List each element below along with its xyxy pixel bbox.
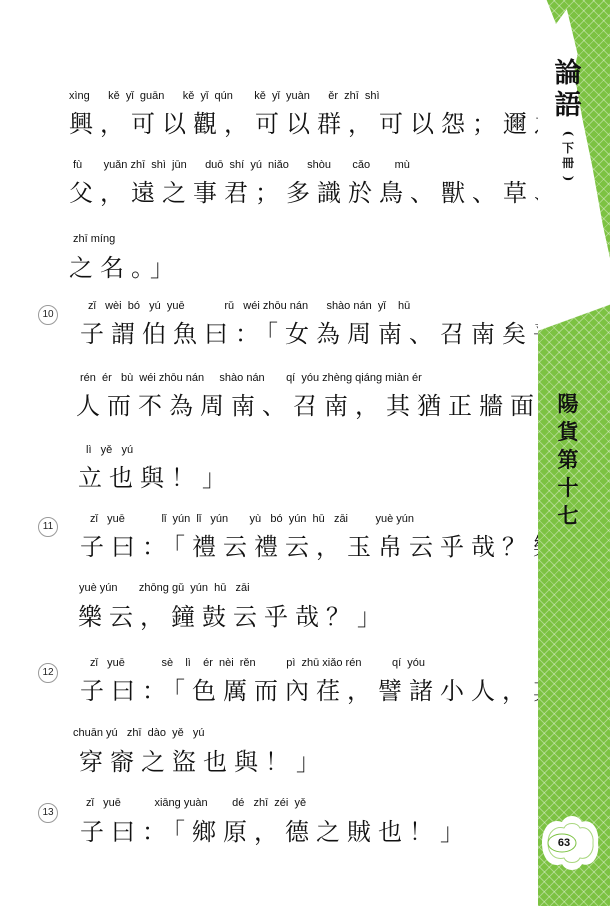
hanzi-line: 父，遠之事君；多識於鳥、獸、草、木 [69,173,596,208]
hanzi-line: 子謂伯魚曰：「女為周南、召南矣乎？ [80,314,595,349]
hanzi-line: 子曰：「色厲而內荏，譬諸小人，其猶 [80,671,595,706]
hanzi-line: 子曰：「禮云禮云，玉帛云乎哉？樂云 [80,527,595,562]
pinyin-line: rén ér bù wéi zhōu nán shào nán qí yóu z… [80,372,422,384]
verse-number-badge: 11 [38,517,58,537]
pinyin-line: zǐ yuē sè lì ér nèi rěn pì zhū xiǎo rén … [90,657,425,669]
hanzi-line: 立也與！」 [78,458,233,493]
book-title: 論 語 [548,58,588,122]
pinyin-line: zǐ wèi bó yú yuē rǔ wéi zhōu nán shào ná… [88,300,410,312]
pinyin-line: xìng kě yǐ guān kě yǐ qún kě yǐ yuàn ěr … [69,90,380,102]
verse-number-badge: 12 [38,663,58,683]
hanzi-line: 穿窬之盜也與！」 [79,742,327,777]
pinyin-line: zǐ yuē lǐ yún lǐ yún yù bó yún hū zāi yu… [90,513,414,525]
pinyin-line: fù yuǎn zhī shì jūn duō shí yú niǎo shòu… [73,159,410,171]
hanzi-line: 人而不為周南、召南，其猶正牆面而 [76,386,572,421]
chapter-title: 陽 貨 第 十 七 [554,390,582,530]
page-number: 63 [548,834,580,852]
hanzi-line: 樂云，鐘鼓云乎哉？」 [78,597,388,632]
pinyin-line: lì yě yú [86,444,133,456]
pinyin-line: chuān yú zhī dào yě yú [73,727,204,739]
pinyin-line: zhī míng [73,233,115,245]
verse-number-badge: 13 [38,803,58,823]
book-volume-label: ( 下 冊 ) [556,126,580,186]
brush-stroke-tail [538,300,610,350]
hanzi-line: 之名。」 [69,248,181,283]
verse-number-badge: 10 [38,305,58,325]
text-page: xìng kě yǐ guān kě yǐ qún kě yǐ yuàn ěr … [0,0,538,906]
hanzi-line: 子曰：「鄉原，德之賊也！」 [80,812,471,847]
pinyin-line: yuè yún zhōng gǔ yún hū zāi [79,582,250,594]
pinyin-line: zǐ yuē xiāng yuàn dé zhī zéi yě [86,797,306,809]
hanzi-line: 興，可以觀，可以群，可以怨；邇之事 [69,104,596,139]
